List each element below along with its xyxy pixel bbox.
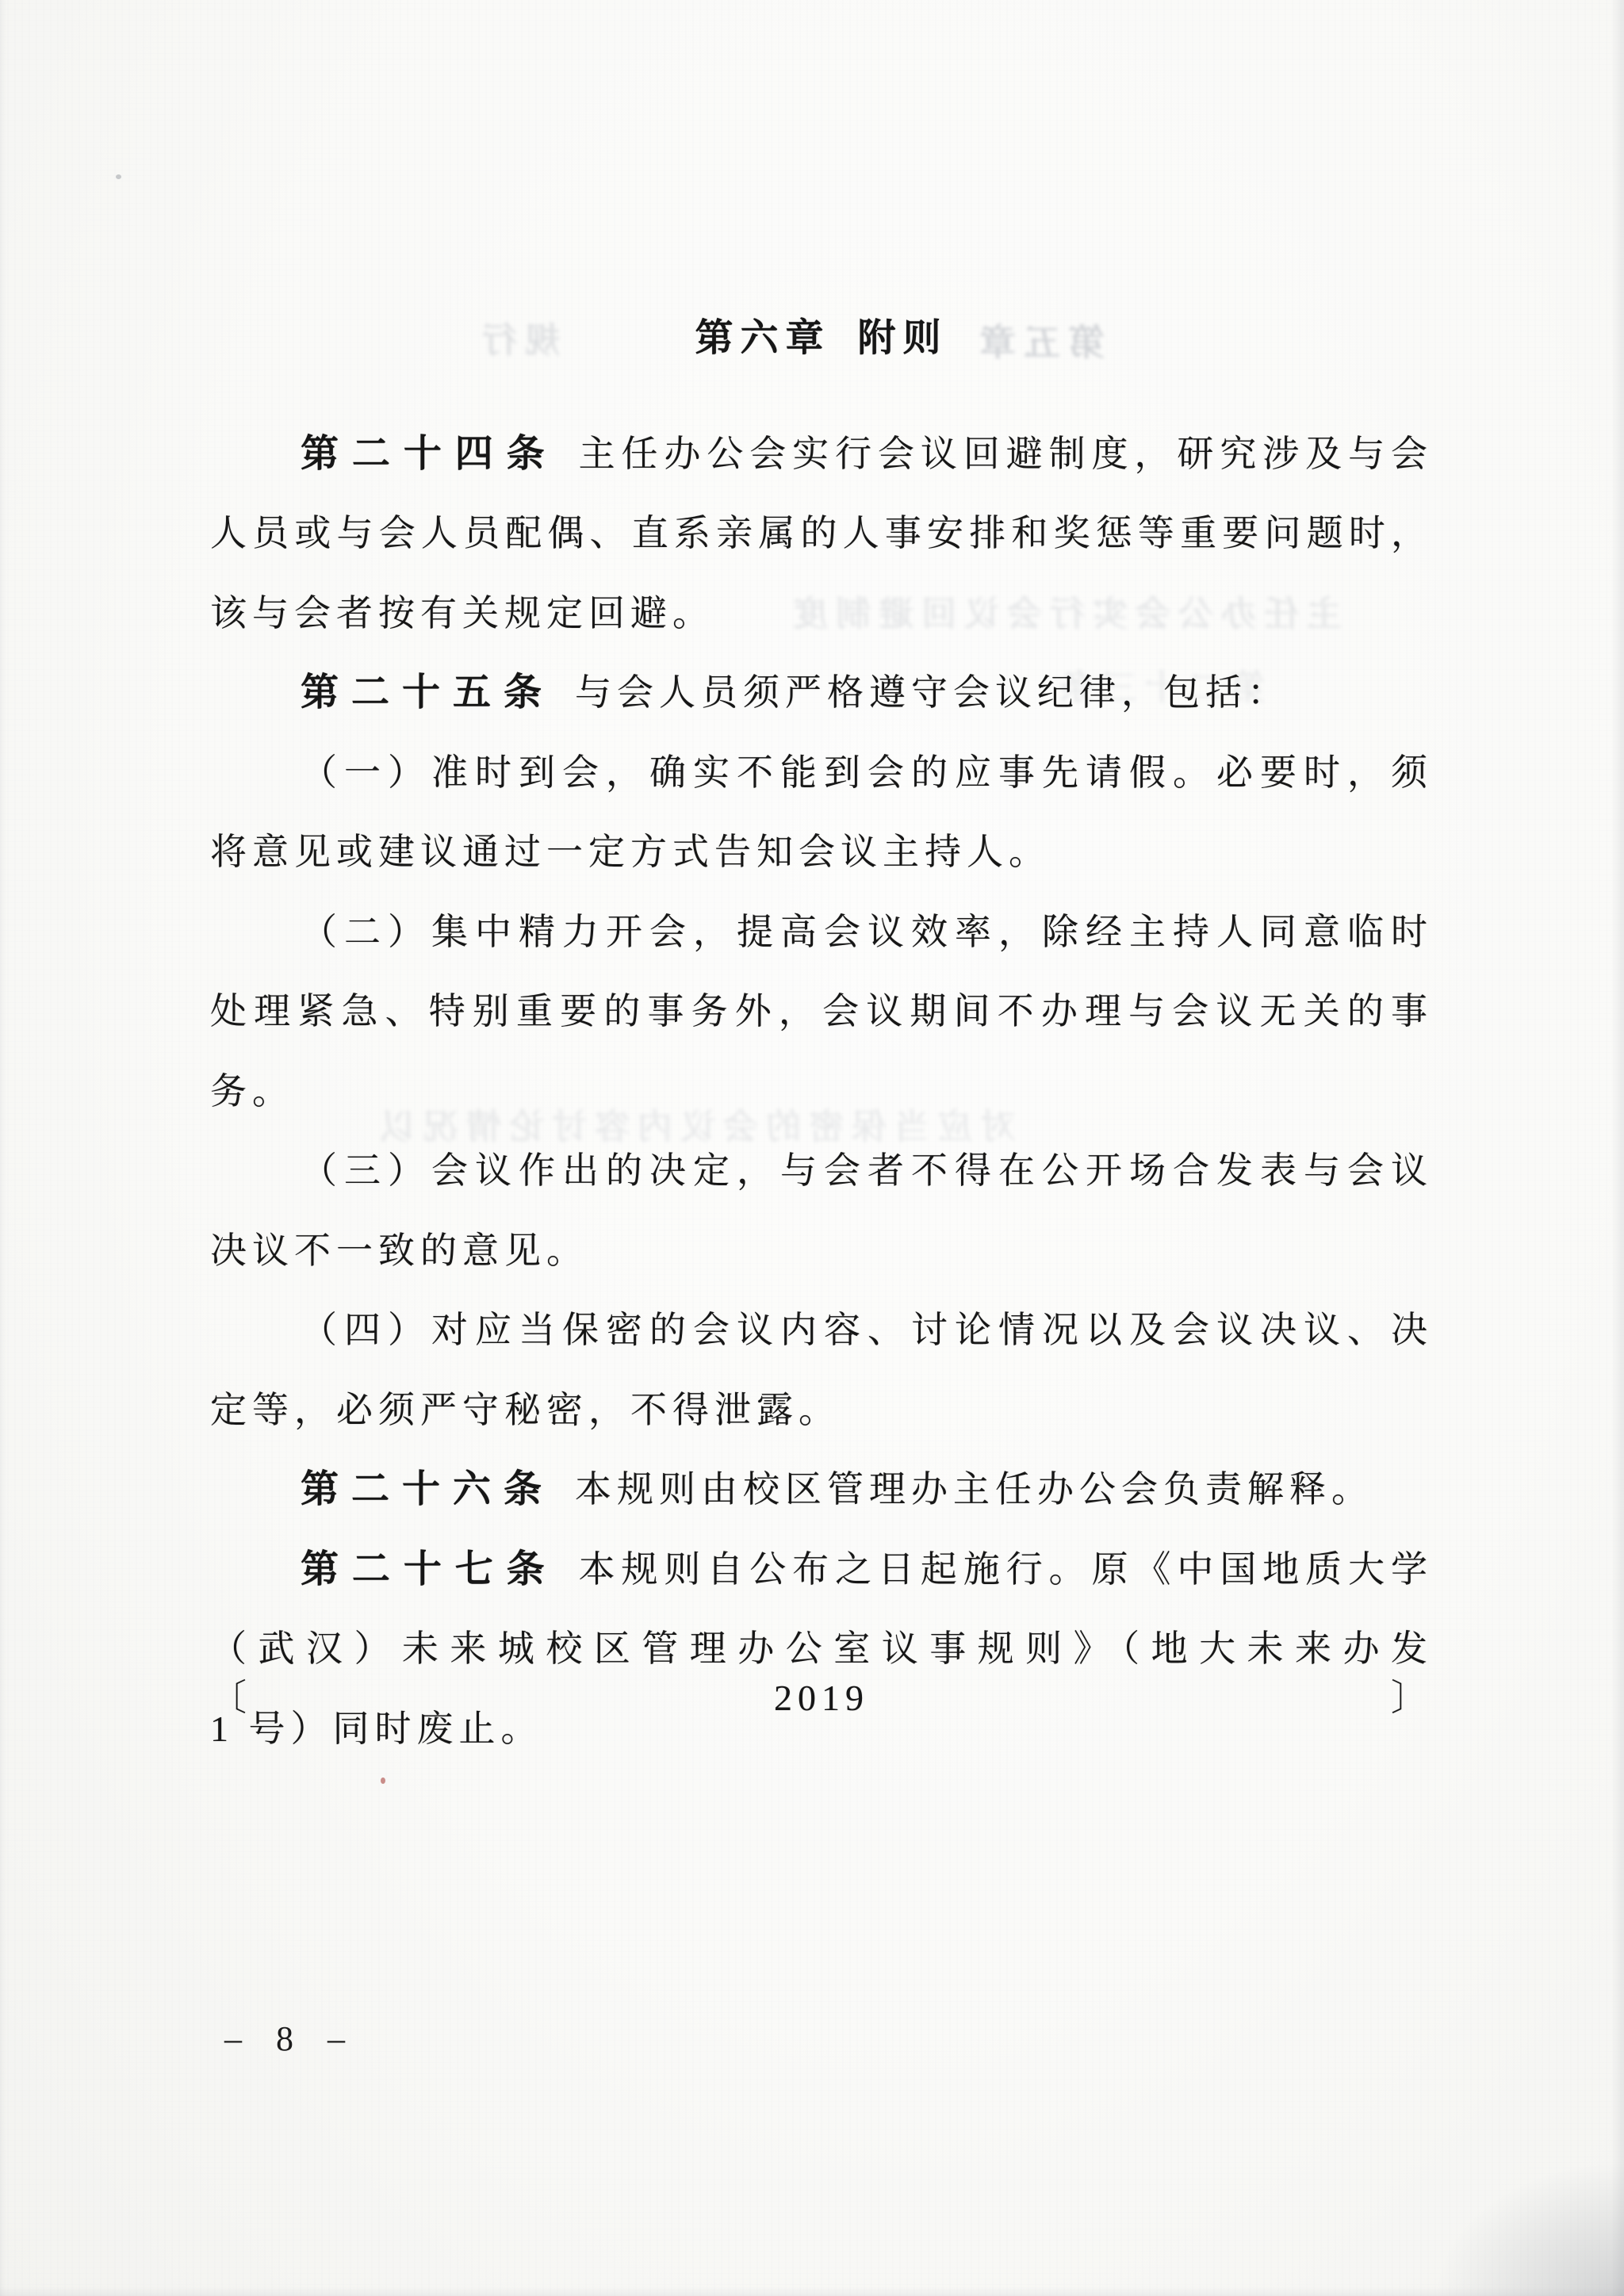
line-text: 与会人员须严格遵守会议纪律，包括： <box>575 672 1289 713</box>
line-article25-1: 第二十五条与会人员须严格遵守会议纪律，包括： <box>301 668 1289 717</box>
scan-edge-shadow-left <box>0 0 6 2296</box>
line-item2-2: 处理紧急、特别重要的事务外，会议期间不办理与会议无关的事 <box>210 987 1433 1036</box>
line-article27-3: 1 号）同时废止。 <box>210 1705 543 1754</box>
line-item1-2: 将意见或建议通过一定方式告知会议主持人。 <box>210 828 1051 877</box>
line-article24-3: 该与会者按有关规定回避。 <box>210 589 714 638</box>
chapter-title: 第六章附则 <box>210 313 1433 364</box>
line-text: 1 号）同时废止。 <box>210 1709 543 1749</box>
scanned-document-page: 规行 第五章 主任办公会实行会议回避制度 对应当保密的会议内容讨论情况以 第二十… <box>0 0 1624 2296</box>
line-article24-1: 第二十四条主任办公会实行会议回避制度，研究涉及与会 <box>301 430 1433 479</box>
dust-speck <box>116 174 121 179</box>
line-text: 处理紧急、特别重要的事务外，会议期间不办理与会议无关的事 <box>210 991 1433 1031</box>
bleedthrough-text: 对应当保密的会议内容讨论情况以 <box>373 1104 1015 1151</box>
red-ink-speck <box>381 1777 385 1784</box>
scan-edge-shadow-right <box>1611 0 1624 2296</box>
line-text: 将意见或建议通过一定方式告知会议主持人。 <box>210 832 1051 872</box>
article-number-26: 第二十六条 <box>301 1468 554 1510</box>
line-item4-2: 定等，必须严守秘密，不得泄露。 <box>210 1386 841 1435</box>
line-item1-1: （一）准时到会，确实不能到会的应事先请假。必要时，须 <box>301 748 1433 798</box>
line-text: 定等，必须严守秘密，不得泄露。 <box>210 1390 841 1430</box>
article-number-24: 第二十四条 <box>301 433 558 475</box>
line-text: （四）对应当保密的会议内容、讨论情况以及会议决议、决 <box>301 1310 1433 1350</box>
line-text: 务。 <box>210 1071 294 1112</box>
line-article26: 第二十六条本规则由校区管理办主任办公会负责解释。 <box>301 1465 1373 1514</box>
line-text: 本规则自公布之日起施行。原《中国地质大学 <box>579 1549 1433 1590</box>
line-text: 本规则由校区管理办主任办公会负责解释。 <box>575 1469 1373 1510</box>
line-text: （一）准时到会，确实不能到会的应事先请假。必要时，须 <box>301 752 1433 793</box>
bleedthrough-text: 主任办公会实行会议回避制度 <box>785 591 1342 638</box>
line-article24-2: 人员或与会人员配偶、直系亲属的人事安排和奖惩等重要问题时， <box>210 509 1433 558</box>
line-item2-1: （二）集中精力开会，提高会议效率，除经主持人同意临时 <box>301 908 1433 957</box>
line-text: 决议不一致的意见。 <box>210 1230 588 1271</box>
page-number: – 8 – <box>224 2015 358 2063</box>
line-item3-1: （三）会议作出的决定，与会者不得在公开场合发表与会议 <box>301 1146 1433 1196</box>
scan-edge-shadow-bottom <box>0 2286 1624 2296</box>
line-item4-1: （四）对应当保密的会议内容、讨论情况以及会议决议、决 <box>301 1306 1433 1355</box>
line-text: （三）会议作出的决定，与会者不得在公开场合发表与会议 <box>301 1150 1433 1191</box>
chapter-title-number: 第六章 <box>695 317 830 359</box>
article-number-27: 第二十七条 <box>301 1548 558 1590</box>
line-article27-2: （武汉）未来城校区管理办公室议事规则》（地大未来办发〔2019〕 <box>210 1624 1433 1674</box>
line-item3-2: 决议不一致的意见。 <box>210 1226 588 1276</box>
chapter-title-name: 附则 <box>858 317 948 359</box>
line-text: 主任办公会实行会议回避制度，研究涉及与会 <box>579 434 1433 474</box>
line-text: 该与会者按有关规定回避。 <box>210 593 714 633</box>
scan-corner-shadow <box>1434 2161 1624 2296</box>
line-item2-3: 务。 <box>210 1067 294 1116</box>
article-number-25: 第二十五条 <box>301 672 554 714</box>
line-article27-1: 第二十七条本规则自公布之日起施行。原《中国地质大学 <box>301 1545 1433 1594</box>
line-text: （二）集中精力开会，提高会议效率，除经主持人同意临时 <box>301 912 1433 952</box>
line-text: 人员或与会人员配偶、直系亲属的人事安排和奖惩等重要问题时， <box>210 513 1433 553</box>
